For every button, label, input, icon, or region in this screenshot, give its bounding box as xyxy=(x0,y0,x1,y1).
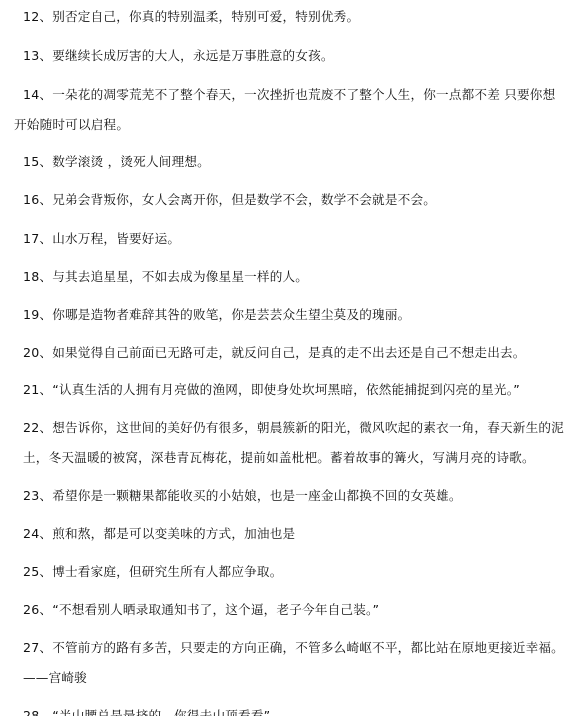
quote-27-attribution: ——宫崎骏 xyxy=(23,670,87,686)
quote-12: 12、别否定自己，你真的特别温柔，特别可爱，特别优秀。 xyxy=(23,9,359,25)
quote-22: 22、想告诉你，这世间的美好仍有很多，朝晨簇新的阳光，微风吹起的素衣一角，春天新… xyxy=(23,420,564,436)
quote-18: 18、与其去追星星，不如去成为像星星一样的人。 xyxy=(23,269,308,285)
quote-22-continuation: 土，冬天温暖的被窝，深巷青瓦梅花，提前如盖枇杷。蓄着故事的篝火，写满月亮的诗歌。 xyxy=(23,450,535,466)
quote-14: 14、一朵花的凋零荒芜不了整个春天，一次挫折也荒废不了整个人生，你一点都不差 只… xyxy=(23,87,555,103)
quote-16: 16、兄弟会背叛你，女人会离开你，但是数学不会，数学不会就是不会。 xyxy=(23,192,436,208)
quote-14-continuation: 开始随时可以启程。 xyxy=(14,117,129,133)
quote-19: 19、你哪是造物者难辞其咎的败笔，你是芸芸众生望尘莫及的瑰丽。 xyxy=(23,307,410,323)
quote-15: 15、数学滚烫 ，烫死人间理想。 xyxy=(23,154,210,170)
quote-20: 20、如果觉得自己前面已无路可走，就反问自己，是真的走不出去还是自己不想走出去。 xyxy=(23,345,526,361)
quote-25: 25、博士看家庭，但研究生所有人都应争取。 xyxy=(23,564,283,580)
quote-23: 23、希望你是一颗糖果都能收买的小姑娘，也是一座金山都换不回的女英雄。 xyxy=(23,488,462,504)
quote-26: 26、“不想看别人晒录取通知书了，这个逼，老子今年自己装。” xyxy=(23,602,379,618)
quote-28: 28、“半山腰总是最挤的，你得去山顶看看” xyxy=(23,708,270,716)
quote-13: 13、要继续长成厉害的大人，永远是万事胜意的女孩。 xyxy=(23,48,334,64)
quote-21: 21、“认真生活的人拥有月亮做的渔网，即使身处坎坷黑暗，依然能捕捉到闪亮的星光。… xyxy=(23,382,520,398)
quote-27: 27、不管前方的路有多苦，只要走的方向正确，不管多么崎岖不平，都比站在原地更接近… xyxy=(23,640,564,656)
quote-24: 24、煎和熬，都是可以变美味的方式，加油也是 xyxy=(23,526,295,542)
quote-17: 17、山水万程，皆要好运。 xyxy=(23,231,180,247)
document-page: 12、别否定自己，你真的特别温柔，特别可爱，特别优秀。 13、要继续长成厉害的大… xyxy=(0,0,586,716)
